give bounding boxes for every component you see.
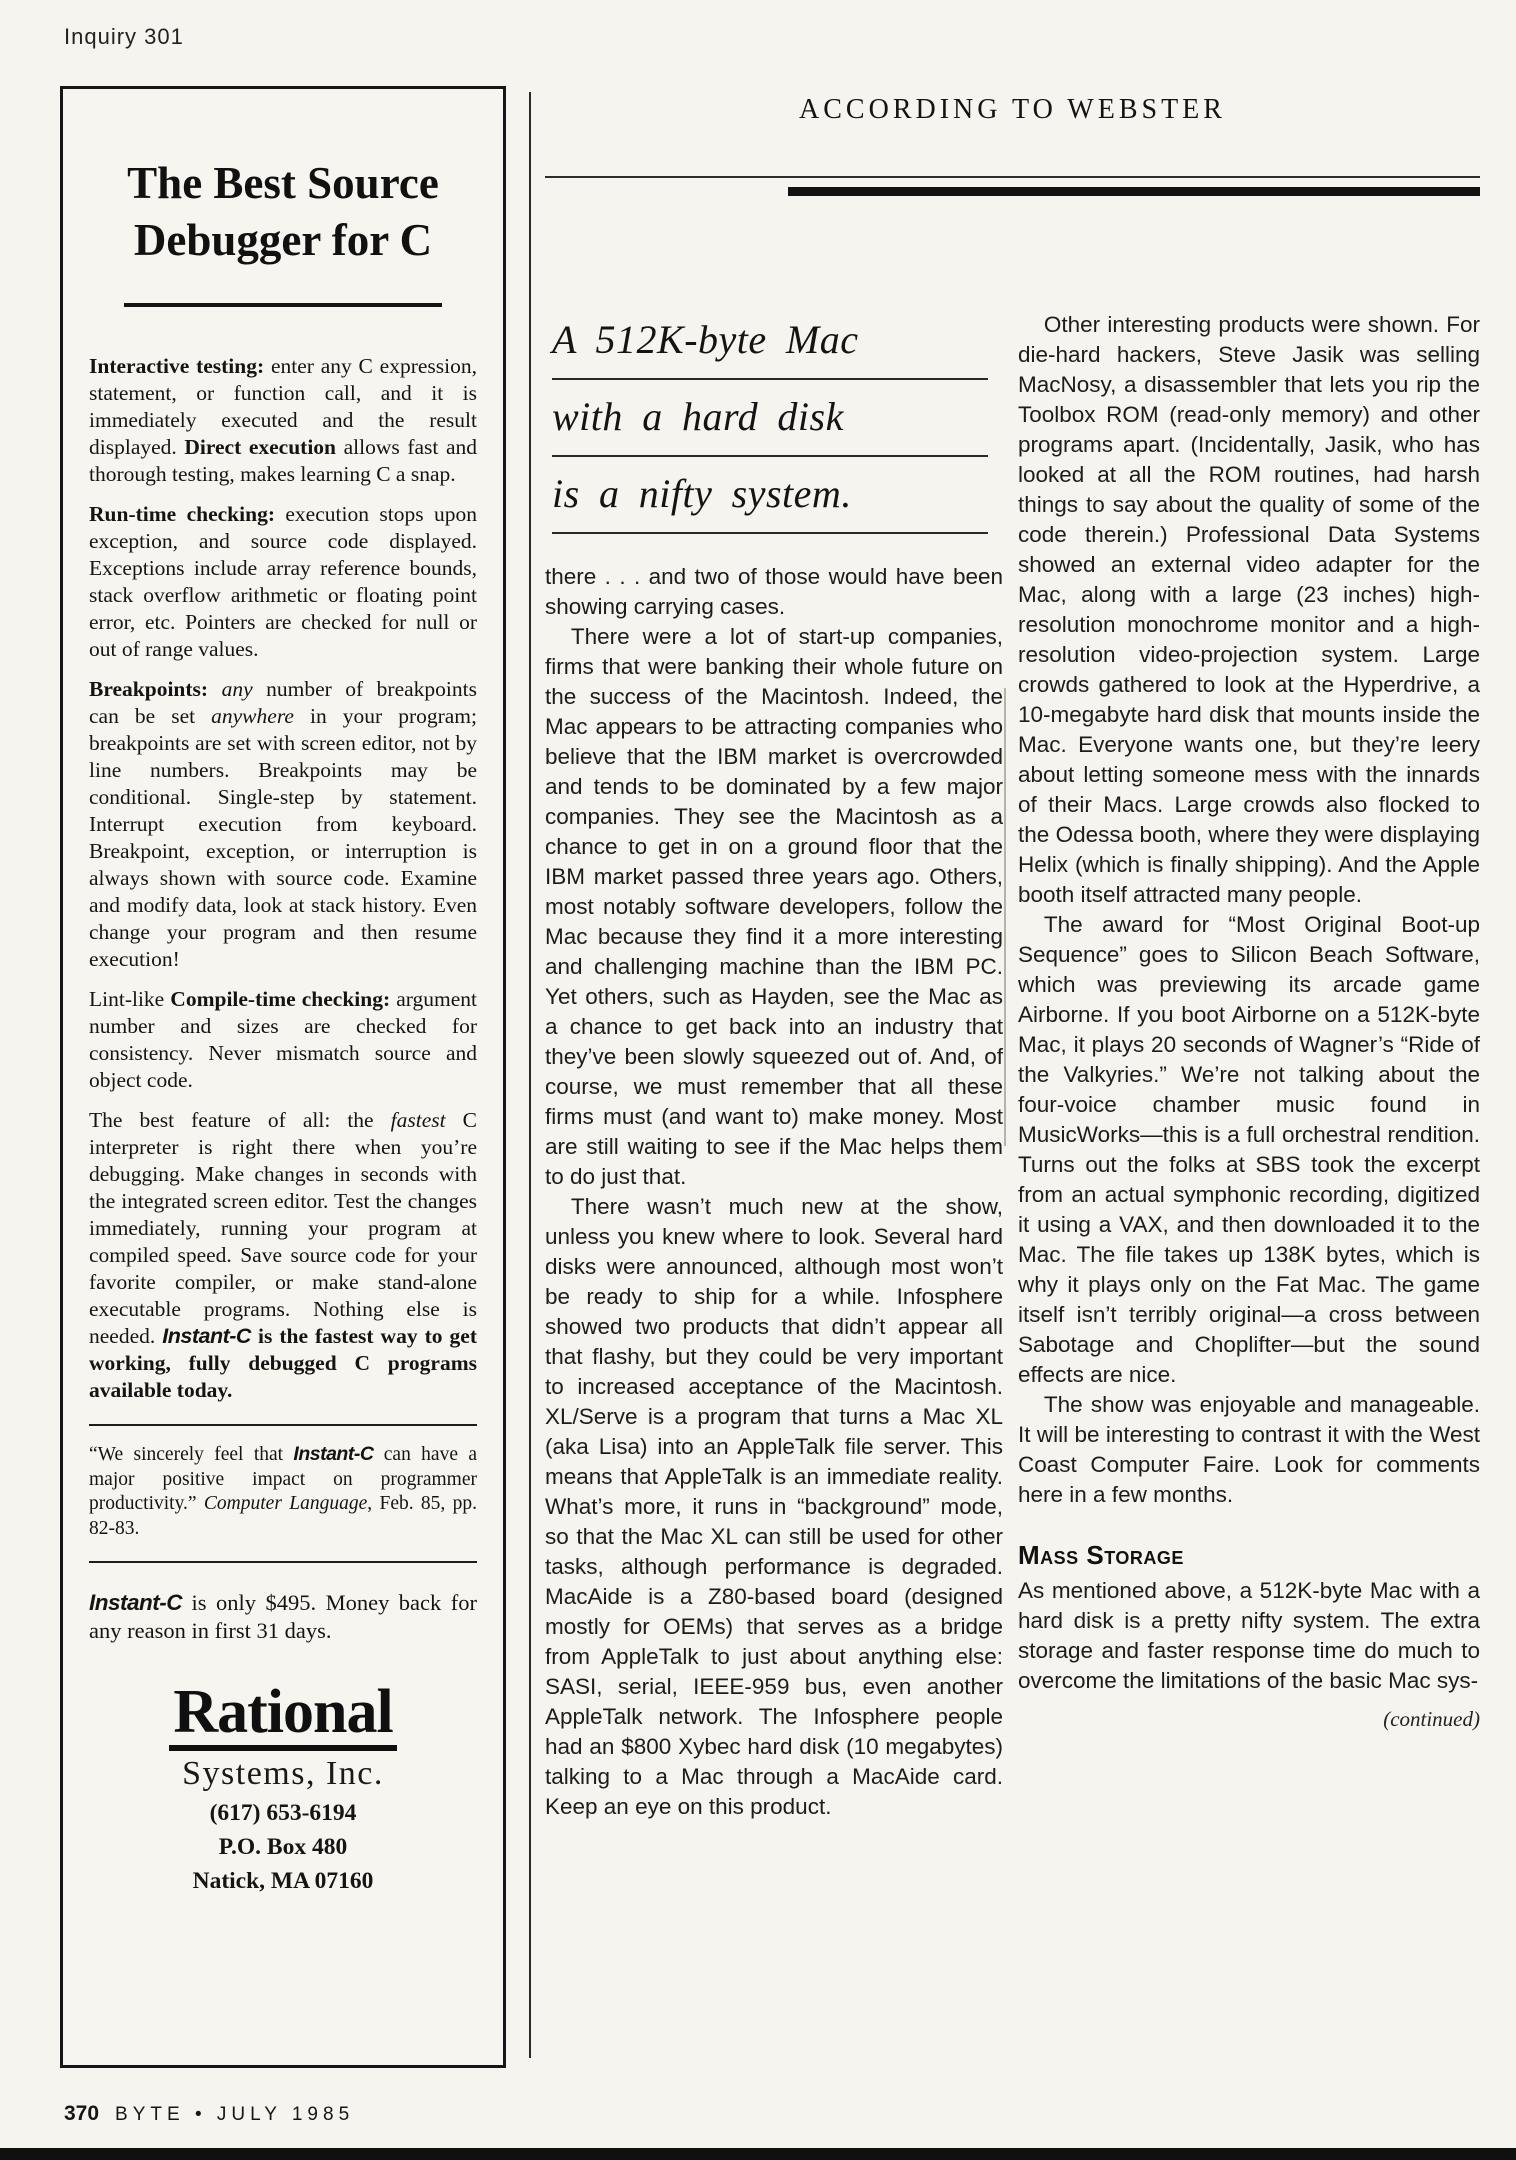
ad-box: The Best Source Debugger for C Interacti… <box>60 86 506 2068</box>
header-thick-bar <box>788 187 1480 196</box>
logo-rational: Rational <box>169 1679 396 1751</box>
magazine-page: { "page": { "inquiry": "Inquiry 301", "f… <box>0 0 1516 2160</box>
article-column-2: Other interesting products were shown. F… <box>1018 310 1480 1734</box>
pull-quote-line-1: A 512K-byte Mac <box>552 316 988 380</box>
body-paragraph: The show was enjoyable and manageable. I… <box>1018 1390 1480 1510</box>
body-paragraph: Other interesting products were shown. F… <box>1018 310 1480 910</box>
logo-systems-inc: Systems, Inc. <box>89 1755 477 1793</box>
ad-paragraph-interactive-testing: Interactive testing: enter any C express… <box>89 353 477 488</box>
body-paragraph: The award for “Most Original Boot-up Seq… <box>1018 910 1480 1390</box>
logo-pobox: P.O. Box 480 <box>89 1834 477 1861</box>
inquiry-label: Inquiry 301 <box>64 24 184 50</box>
pull-quote: A 512K-byte Mac with a hard disk is a ni… <box>552 316 988 547</box>
ad-body: Interactive testing: enter any C express… <box>89 353 477 1645</box>
article-header: ACCORDING TO WEBSTER <box>545 94 1480 126</box>
column-rule-left <box>529 92 531 2058</box>
ad-title-rule <box>124 303 442 307</box>
quote-top-rule <box>89 1424 477 1426</box>
pull-quote-line-2: with a hard disk <box>552 393 988 457</box>
body-paragraph: there . . . and two of those would have … <box>545 562 1003 622</box>
body-paragraph: As mentioned above, a 512K-byte Mac with… <box>1018 1576 1480 1696</box>
quote-bottom-rule <box>89 1561 477 1563</box>
footer-page-number: 370 <box>64 2102 99 2125</box>
ad-paragraph-breakpoints: Breakpoints: any number of breakpoints c… <box>89 676 477 973</box>
header-thin-rule <box>545 176 1480 178</box>
article-column-1: there . . . and two of those would have … <box>545 562 1003 1822</box>
bottom-bar <box>0 2148 1516 2160</box>
ad-title-line2: Debugger for C <box>89 212 477 269</box>
pull-quote-line-3: is a nifty system. <box>552 470 988 534</box>
page-footer: 370BYTE • JULY 1985 <box>64 2102 354 2126</box>
column-rule-center <box>1004 688 1006 1146</box>
body-paragraph: There were a lot of start-up companies, … <box>545 622 1003 1192</box>
ad-title-line1: The Best Source <box>89 155 477 212</box>
ad-paragraph-compile-time: Lint-like Compile-time checking: argumen… <box>89 986 477 1094</box>
ad-paragraph-runtime-checking: Run-time checking: execution stops upon … <box>89 501 477 663</box>
ad-title: The Best Source Debugger for C <box>89 155 477 269</box>
continued-label: (continued) <box>1018 1704 1480 1734</box>
ad-paragraph-best-feature: The best feature of all: the fastest C i… <box>89 1107 477 1404</box>
logo-city: Natick, MA 07160 <box>89 1868 477 1895</box>
logo-phone: (617) 653-6194 <box>89 1800 477 1827</box>
ad-price-line: Instant-C is only $495. Money back for a… <box>89 1589 477 1645</box>
body-paragraph: There wasn’t much new at the show, unles… <box>545 1192 1003 1822</box>
ad-testimonial-quote: “We sincerely feel that Instant-C can ha… <box>89 1442 477 1541</box>
mass-storage-heading: Mass Storage <box>1018 1540 1480 1570</box>
rational-systems-logo: Rational Systems, Inc. (617) 653-6194 P.… <box>89 1679 477 1895</box>
footer-issue: BYTE • JULY 1985 <box>115 2104 354 2125</box>
